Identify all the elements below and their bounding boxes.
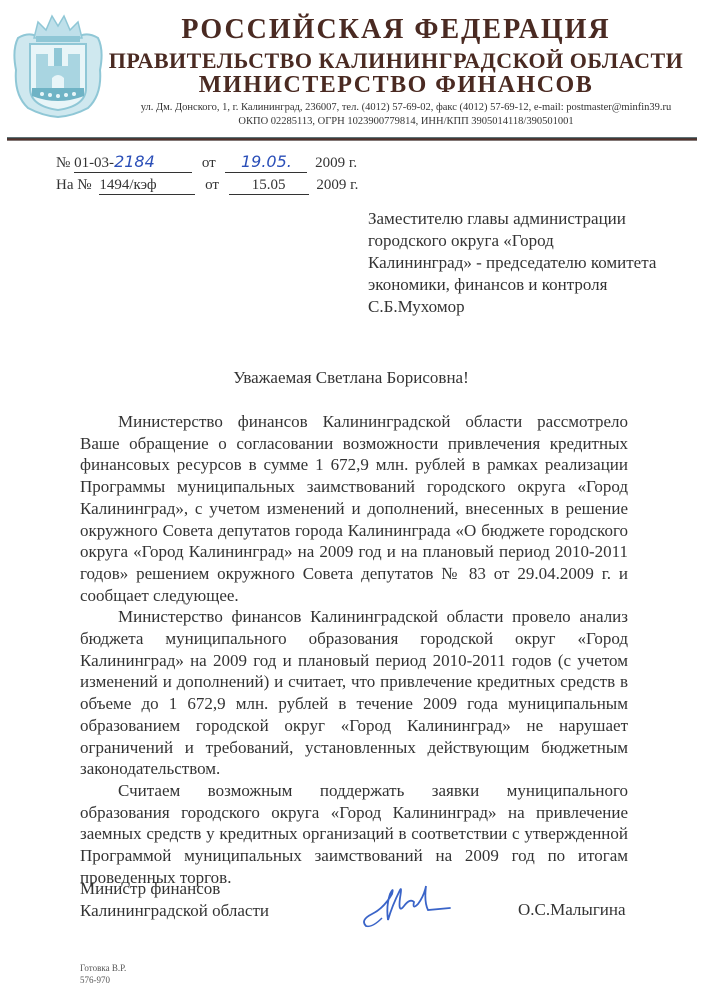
body-paragraph: Считаем возможным поддержать заявки муни… xyxy=(80,780,628,889)
body-paragraph: Министерство финансов Калининградской об… xyxy=(80,606,628,780)
letterhead-ministry: МИНИСТЕРСТВО ФИНАНСОВ xyxy=(90,72,702,99)
letterhead-country: РОССИЙСКАЯ ФЕДЕРАЦИЯ xyxy=(90,14,702,46)
body-paragraph: Министерство финансов Калининградской об… xyxy=(80,411,628,606)
letterhead-address: ул. Дм. Донского, 1, г. Калининград, 236… xyxy=(110,102,702,113)
handwritten-date: 19.05. xyxy=(241,152,292,171)
letter-body: Министерство финансов Калининградской об… xyxy=(80,411,628,888)
executor-name: Готовка В.Р. xyxy=(80,962,126,974)
incoming-number-field: 1494/кэф xyxy=(99,177,195,195)
number-label: № xyxy=(56,155,70,171)
letterhead-government: ПРАВИТЕЛЬСТВО КАЛИНИНГРАДСКОЙ ОБЛАСТИ xyxy=(90,48,702,74)
outgoing-year: 2009 г. xyxy=(315,155,357,171)
handwritten-signature-icon xyxy=(358,880,458,930)
addressee-line: экономики, финансов и контроля xyxy=(368,274,688,296)
incoming-year: 2009 г. xyxy=(316,177,358,193)
from-label: от xyxy=(202,155,216,171)
addressee-block: Заместителю главы администрации городско… xyxy=(368,208,688,318)
executor-phone: 576-970 xyxy=(80,974,126,986)
incoming-number-label: На № xyxy=(56,177,92,193)
executor-info: Готовка В.Р. 576-970 xyxy=(80,962,126,986)
signatory-title: Министр финансов Калининградской области xyxy=(80,878,269,922)
addressee-line: Заместителю главы администрации xyxy=(368,208,688,230)
from-label: от xyxy=(205,177,219,193)
signatory-name: О.С.Малыгина xyxy=(518,900,626,920)
addressee-line: Калининград» - председателю комитета xyxy=(368,252,688,274)
addressee-name: С.Б.Мухомор xyxy=(368,296,688,318)
letterhead-codes: ОКПО 02285113, ОГРН 1023900779814, ИНН/К… xyxy=(110,116,702,127)
incoming-date-field: 15.05 xyxy=(229,177,309,195)
outgoing-date-field: 19.05. xyxy=(225,152,307,173)
handwritten-number: 2184 xyxy=(114,152,155,171)
incoming-registration: На № 1494/кэф от 15.05 2009 г. xyxy=(56,177,358,195)
addressee-line: городского округа «Город xyxy=(368,230,688,252)
greeting: Уважаемая Светлана Борисовна! xyxy=(0,368,702,388)
outgoing-number-field: 01-03-2184 xyxy=(74,152,192,173)
header-divider xyxy=(7,137,697,141)
outgoing-registration: № 01-03-2184 от 19.05. 2009 г. xyxy=(56,152,357,173)
